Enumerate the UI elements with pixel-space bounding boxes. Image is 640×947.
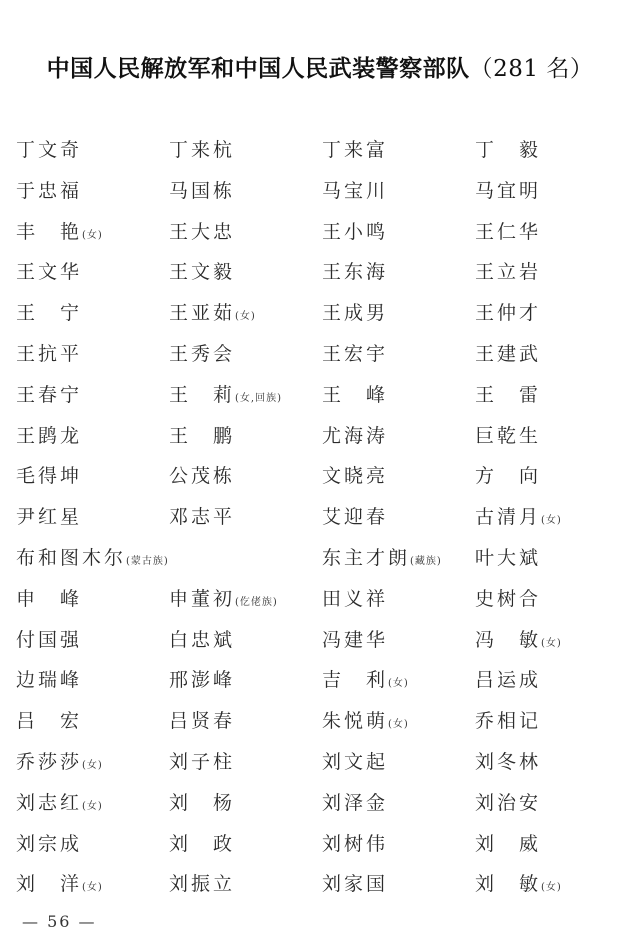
- person-name: 刘泽金: [322, 792, 388, 814]
- person-name: 付国强: [16, 629, 82, 651]
- name-entry: 王建武: [475, 338, 541, 370]
- person-name: 毛得坤: [16, 465, 82, 487]
- person-note: (女,回族): [235, 393, 282, 404]
- person-name: 刘 杨: [169, 792, 235, 814]
- name-entry: 尹红星: [16, 501, 82, 533]
- person-name: 冯建华: [322, 629, 388, 651]
- name-entry: 冯建华: [322, 624, 388, 656]
- person-name: 刘家国: [322, 873, 388, 895]
- person-name: 邢澎峰: [169, 669, 235, 691]
- name-entry: 尤海涛: [322, 420, 388, 452]
- person-note: (蒙古族): [126, 556, 169, 567]
- person-name: 马宝川: [322, 180, 388, 202]
- name-entry: 王大忠: [169, 216, 235, 248]
- person-name: 王文毅: [169, 261, 235, 283]
- name-row: 王鹍龙王 鹏尤海涛巨乾生: [16, 420, 636, 461]
- name-entry: 古清月(女): [475, 501, 562, 537]
- name-entry: 方 向: [475, 460, 541, 492]
- person-name: 王宏宇: [322, 343, 388, 365]
- name-entry: 刘 敏(女): [475, 868, 562, 904]
- person-name: 吕运成: [475, 669, 541, 691]
- name-entry: 巨乾生: [475, 420, 541, 452]
- person-name: 乔莎莎: [16, 751, 82, 773]
- name-row: 王文华王文毅王东海王立岩: [16, 256, 636, 297]
- person-name: 王抗平: [16, 343, 82, 365]
- person-name: 方 向: [475, 465, 541, 487]
- person-name: 丁 毅: [475, 139, 541, 161]
- person-note: (女): [388, 678, 409, 689]
- person-note: (女): [82, 882, 103, 893]
- person-name: 王秀会: [169, 343, 235, 365]
- name-entry: 乔相记: [475, 705, 541, 737]
- person-name: 吉 利: [322, 669, 388, 691]
- person-name: 古清月: [475, 506, 541, 528]
- person-name: 王建武: [475, 343, 541, 365]
- name-entry: 申 峰: [16, 583, 82, 615]
- name-row: 乔莎莎(女)刘子柱刘文起刘冬林: [16, 746, 636, 787]
- person-name: 刘振立: [169, 873, 235, 895]
- name-entry: 刘泽金: [322, 787, 388, 819]
- name-entry: 叶大斌: [475, 542, 541, 574]
- person-name: 申董初: [169, 588, 235, 610]
- person-name: 丁来杭: [169, 139, 235, 161]
- name-entry: 刘 政: [169, 828, 235, 860]
- person-name: 丁文奇: [16, 139, 82, 161]
- name-row: 王春宁王 莉(女,回族)王 峰王 雷: [16, 379, 636, 420]
- person-name: 东主才朗: [322, 547, 410, 569]
- name-entry: 王立岩: [475, 256, 541, 288]
- name-entry: 边瑞峰: [16, 664, 82, 696]
- name-entry: 史树合: [475, 583, 541, 615]
- name-row: 申 峰申董初(仡佬族)田义祥史树合: [16, 583, 636, 624]
- person-name: 于忠福: [16, 180, 82, 202]
- name-row: 边瑞峰邢澎峰吉 利(女)吕运成: [16, 664, 636, 705]
- name-row: 吕 宏吕贤春朱悦萌(女)乔相记: [16, 705, 636, 746]
- person-name: 刘宗成: [16, 833, 82, 855]
- name-row: 于忠福马国栋马宝川马宜明: [16, 175, 636, 216]
- person-name: 吕 宏: [16, 710, 82, 732]
- name-entry: 乔莎莎(女): [16, 746, 103, 782]
- name-row: 丰 艳(女)王大忠王小鸣王仁华: [16, 216, 636, 257]
- name-entry: 刘振立: [169, 868, 235, 900]
- person-name: 王 峰: [322, 384, 388, 406]
- person-name: 刘 政: [169, 833, 235, 855]
- name-entry: 王东海: [322, 256, 388, 288]
- name-entry: 王秀会: [169, 338, 235, 370]
- person-name: 申 峰: [16, 588, 82, 610]
- person-name: 刘 洋: [16, 873, 82, 895]
- name-entry: 布和图木尔(蒙古族): [16, 542, 169, 578]
- person-name: 尤海涛: [322, 425, 388, 447]
- person-name: 王小鸣: [322, 221, 388, 243]
- person-name: 刘文起: [322, 751, 388, 773]
- person-note: (女): [541, 515, 562, 526]
- name-entry: 王成男: [322, 297, 388, 329]
- person-note: (女): [235, 311, 256, 322]
- person-note: (藏族): [410, 556, 442, 567]
- name-entry: 王仲才: [475, 297, 541, 329]
- name-entry: 王小鸣: [322, 216, 388, 248]
- name-entry: 刘家国: [322, 868, 388, 900]
- person-note: (女): [541, 882, 562, 893]
- person-name: 邓志平: [169, 506, 235, 528]
- name-entry: 文晓亮: [322, 460, 388, 492]
- name-entry: 王春宁: [16, 379, 82, 411]
- name-entry: 刘 威: [475, 828, 541, 860]
- person-name: 王大忠: [169, 221, 235, 243]
- person-name: 王 宁: [16, 302, 82, 324]
- name-entry: 王文华: [16, 256, 82, 288]
- name-entry: 王 雷: [475, 379, 541, 411]
- person-name: 刘冬林: [475, 751, 541, 773]
- person-name: 朱悦萌: [322, 710, 388, 732]
- name-entry: 刘冬林: [475, 746, 541, 778]
- name-entry: 刘 洋(女): [16, 868, 103, 904]
- person-name: 王文华: [16, 261, 82, 283]
- name-entry: 申董初(仡佬族): [169, 583, 278, 619]
- person-note: (仡佬族): [235, 597, 278, 608]
- person-name: 白忠斌: [169, 629, 235, 651]
- name-entry: 吕运成: [475, 664, 541, 696]
- person-name: 文晓亮: [322, 465, 388, 487]
- page-number: — 56 —: [22, 912, 97, 931]
- person-name: 公茂栋: [169, 465, 235, 487]
- name-entry: 朱悦萌(女): [322, 705, 409, 741]
- name-entry: 王宏宇: [322, 338, 388, 370]
- name-entry: 吕 宏: [16, 705, 82, 737]
- person-name: 吕贤春: [169, 710, 235, 732]
- name-entry: 公茂栋: [169, 460, 235, 492]
- person-name: 艾迎春: [322, 506, 388, 528]
- name-entry: 刘治安: [475, 787, 541, 819]
- name-entry: 付国强: [16, 624, 82, 656]
- name-row: 王抗平王秀会王宏宇王建武: [16, 338, 636, 379]
- name-entry: 王 鹏: [169, 420, 235, 452]
- name-entry: 王 宁: [16, 297, 82, 329]
- person-name: 边瑞峰: [16, 669, 82, 691]
- person-name: 丁来富: [322, 139, 388, 161]
- person-name: 叶大斌: [475, 547, 541, 569]
- name-entry: 白忠斌: [169, 624, 235, 656]
- name-row: 刘志红(女)刘 杨刘泽金刘治安: [16, 787, 636, 828]
- person-name: 王仁华: [475, 221, 541, 243]
- person-name: 王成男: [322, 302, 388, 324]
- person-name: 尹红星: [16, 506, 82, 528]
- name-entry: 吕贤春: [169, 705, 235, 737]
- name-entry: 毛得坤: [16, 460, 82, 492]
- person-name: 马宜明: [475, 180, 541, 202]
- name-row: 丁文奇丁来杭丁来富丁 毅: [16, 134, 636, 175]
- name-entry: 马宜明: [475, 175, 541, 207]
- name-entry: 刘 杨: [169, 787, 235, 819]
- title-count: （281 名）: [470, 56, 594, 82]
- person-name: 王仲才: [475, 302, 541, 324]
- name-entry: 丁文奇: [16, 134, 82, 166]
- name-entry: 吉 利(女): [322, 664, 409, 700]
- person-note: (女): [541, 638, 562, 649]
- name-entry: 王抗平: [16, 338, 82, 370]
- person-name: 冯 敏: [475, 629, 541, 651]
- name-entry: 王 莉(女,回族): [169, 379, 282, 415]
- name-entry: 丁 毅: [475, 134, 541, 166]
- person-name: 王 莉: [169, 384, 235, 406]
- person-name: 布和图木尔: [16, 547, 126, 569]
- name-entry: 刘志红(女): [16, 787, 103, 823]
- name-entry: 刘树伟: [322, 828, 388, 860]
- name-entry: 王亚茹(女): [169, 297, 256, 333]
- person-name: 王立岩: [475, 261, 541, 283]
- name-entry: 东主才朗(藏族): [322, 542, 442, 578]
- name-entry: 刘宗成: [16, 828, 82, 860]
- name-entry: 邢澎峰: [169, 664, 235, 696]
- person-name: 王东海: [322, 261, 388, 283]
- person-name: 王春宁: [16, 384, 82, 406]
- name-entry: 丁来富: [322, 134, 388, 166]
- name-entry: 冯 敏(女): [475, 624, 562, 660]
- person-note: (女): [82, 760, 103, 771]
- person-name: 田义祥: [322, 588, 388, 610]
- name-entry: 王仁华: [475, 216, 541, 248]
- person-note: (女): [388, 719, 409, 730]
- name-entry: 马宝川: [322, 175, 388, 207]
- person-name: 刘 敏: [475, 873, 541, 895]
- name-entry: 王 峰: [322, 379, 388, 411]
- title-main: 中国人民解放军和中国人民武装警察部队: [47, 55, 470, 82]
- name-entry: 田义祥: [322, 583, 388, 615]
- name-entry: 艾迎春: [322, 501, 388, 533]
- name-entry: 丰 艳(女): [16, 216, 103, 252]
- name-entry: 刘文起: [322, 746, 388, 778]
- person-name: 刘子柱: [169, 751, 235, 773]
- person-name: 刘 威: [475, 833, 541, 855]
- person-name: 王亚茹: [169, 302, 235, 324]
- person-name: 丰 艳: [16, 221, 82, 243]
- name-row: 付国强白忠斌冯建华冯 敏(女): [16, 624, 636, 665]
- page-title: 中国人民解放军和中国人民武装警察部队（281 名）: [0, 50, 640, 83]
- person-name: 马国栋: [169, 180, 235, 202]
- name-entry: 丁来杭: [169, 134, 235, 166]
- name-row: 尹红星邓志平艾迎春古清月(女): [16, 501, 636, 542]
- person-name: 刘志红: [16, 792, 82, 814]
- name-row: 刘宗成刘 政刘树伟刘 威: [16, 828, 636, 869]
- name-entry: 王文毅: [169, 256, 235, 288]
- name-row: 刘 洋(女)刘振立刘家国刘 敏(女): [16, 868, 636, 909]
- name-entry: 马国栋: [169, 175, 235, 207]
- person-note: (女): [82, 801, 103, 812]
- person-name: 巨乾生: [475, 425, 541, 447]
- person-name: 王 雷: [475, 384, 541, 406]
- name-list: 丁文奇丁来杭丁来富丁 毅于忠福马国栋马宝川马宜明丰 艳(女)王大忠王小鸣王仁华王…: [16, 134, 636, 909]
- person-name: 王鹍龙: [16, 425, 82, 447]
- name-entry: 王鹍龙: [16, 420, 82, 452]
- person-name: 刘治安: [475, 792, 541, 814]
- name-row: 毛得坤公茂栋文晓亮方 向: [16, 460, 636, 501]
- name-entry: 刘子柱: [169, 746, 235, 778]
- person-name: 刘树伟: [322, 833, 388, 855]
- person-name: 史树合: [475, 588, 541, 610]
- name-row: 布和图木尔(蒙古族)东主才朗(藏族)叶大斌: [16, 542, 636, 583]
- name-entry: 邓志平: [169, 501, 235, 533]
- person-name: 王 鹏: [169, 425, 235, 447]
- name-entry: 于忠福: [16, 175, 82, 207]
- name-row: 王 宁王亚茹(女)王成男王仲才: [16, 297, 636, 338]
- person-name: 乔相记: [475, 710, 541, 732]
- person-note: (女): [82, 230, 103, 241]
